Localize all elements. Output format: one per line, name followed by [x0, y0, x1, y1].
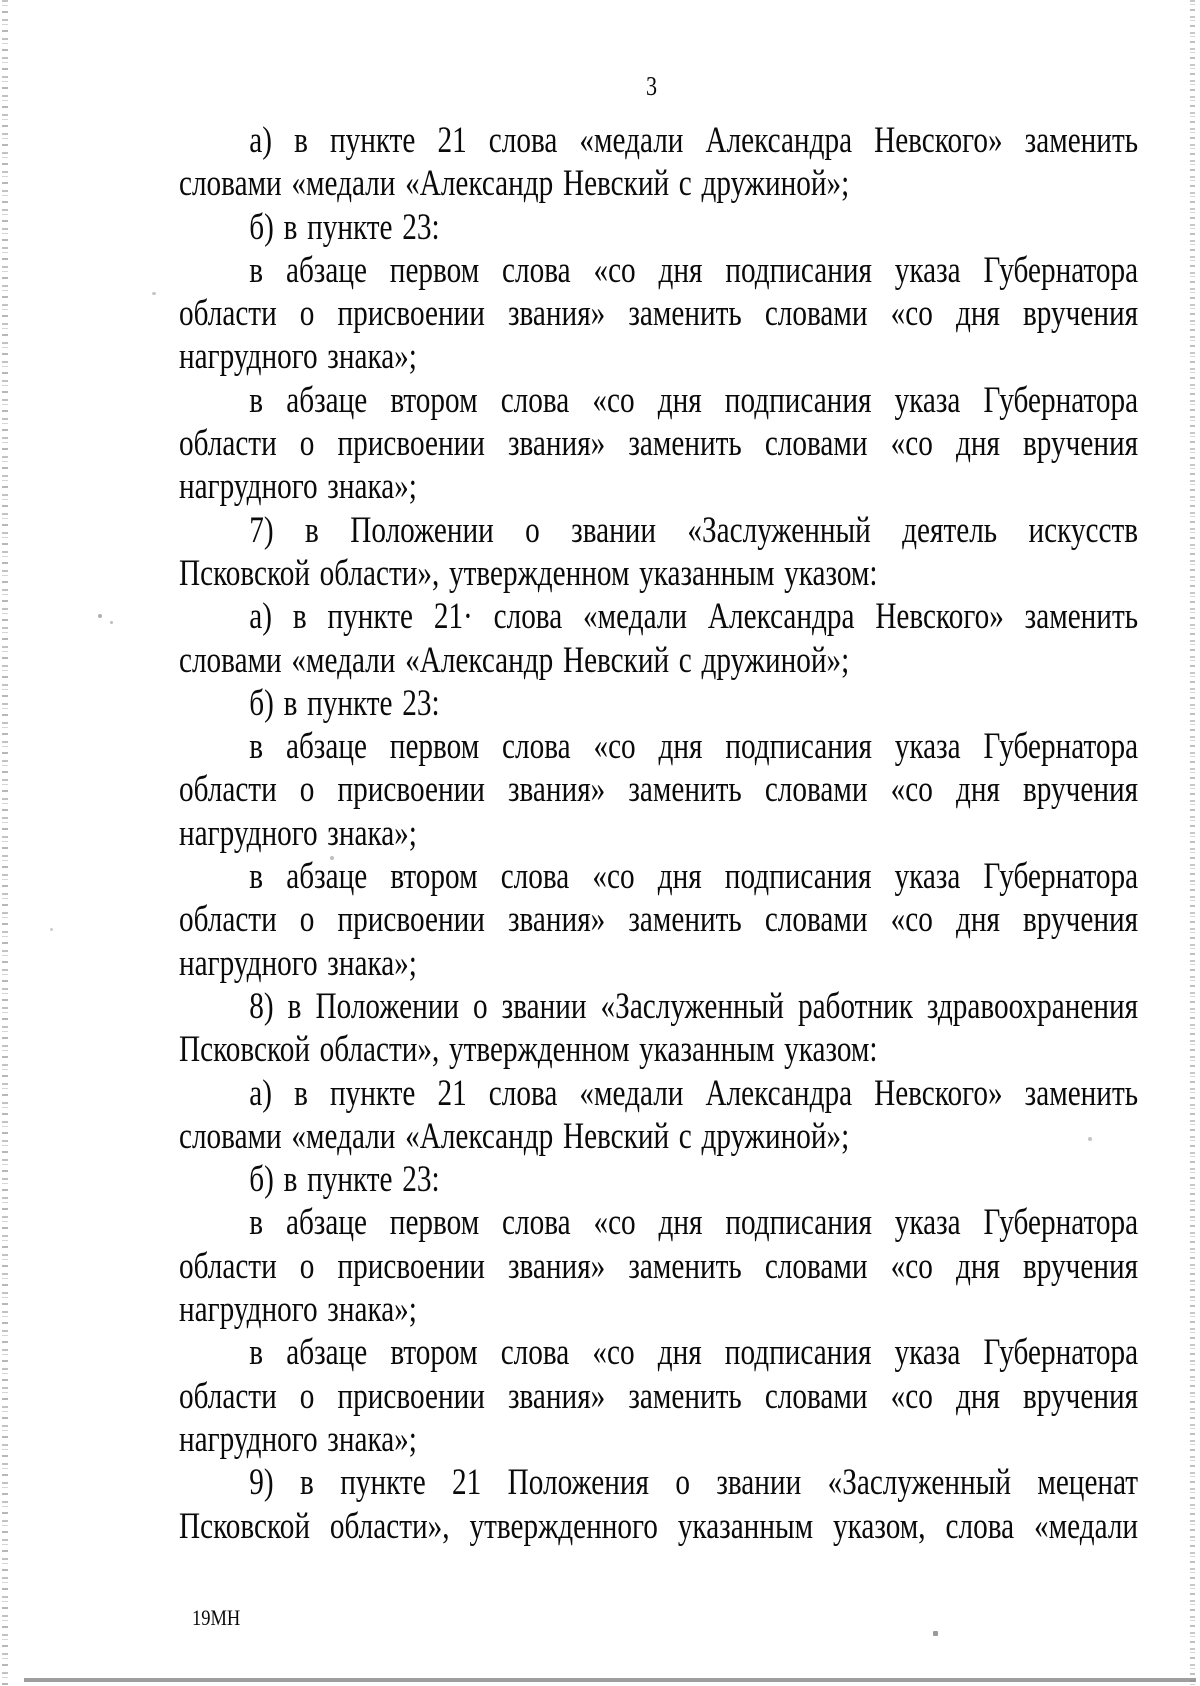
- scan-edge-right-artifact: [1190, 0, 1195, 1686]
- text-line: нагрудного знака»;: [179, 812, 1138, 855]
- document-body: а) в пункте 21 слова «медали Александра …: [179, 119, 1138, 1548]
- text-line: области о присвоении звания» заменить сл…: [179, 1375, 1138, 1418]
- text-line: Псковской области», утвержденного указан…: [179, 1505, 1138, 1548]
- text-line: нагрудного знака»;: [179, 1288, 1138, 1331]
- text-line: нагрудного знака»;: [179, 1418, 1138, 1461]
- text-line: нагрудного знака»;: [179, 335, 1138, 378]
- text-line: словами «медали «Александр Невский с дру…: [179, 639, 1138, 682]
- paragraph: в абзаце первом слова «со дня подписания…: [179, 725, 1138, 855]
- page-number: 3: [646, 72, 657, 102]
- paragraph: б) в пункте 23:: [179, 206, 1138, 249]
- text-line: Псковской области», утвержденном указанн…: [179, 552, 1138, 595]
- text-line: нагрудного знака»;: [179, 465, 1138, 508]
- scan-speck-artifact: [98, 614, 102, 618]
- paragraph: в абзаце втором слова «со дня подписания…: [179, 855, 1138, 985]
- scan-speck-artifact: [152, 292, 156, 295]
- text-line: б) в пункте 23:: [179, 682, 1138, 725]
- scan-speck-artifact: [933, 1631, 938, 1636]
- text-line: в абзаце первом слова «со дня подписания…: [179, 249, 1138, 292]
- text-line: а) в пункте 21 слова «медали Александра …: [179, 1072, 1138, 1115]
- text-line: в абзаце первом слова «со дня подписания…: [179, 1201, 1138, 1244]
- footer-code: 19МН: [192, 1605, 240, 1631]
- scan-speck-artifact: [1088, 1137, 1092, 1141]
- text-line: области о присвоении звания» заменить сл…: [179, 1245, 1138, 1288]
- scan-speck-artifact: [110, 621, 113, 624]
- text-line: а) в пункте 21· слова «медали Александра…: [179, 595, 1138, 638]
- text-line: а) в пункте 21 слова «медали Александра …: [179, 119, 1138, 162]
- scan-speck-artifact: [50, 928, 53, 931]
- paragraph: в абзаце втором слова «со дня подписания…: [179, 379, 1138, 509]
- text-line: словами «медали «Александр Невский с дру…: [179, 1115, 1138, 1158]
- text-line: нагрудного знака»;: [179, 942, 1138, 985]
- text-line: в абзаце втором слова «со дня подписания…: [179, 855, 1138, 898]
- text-line: 9) в пункте 21 Положения о звании «Заслу…: [179, 1461, 1138, 1504]
- text-line: б) в пункте 23:: [179, 206, 1138, 249]
- paragraph: а) в пункте 21 слова «медали Александра …: [179, 1072, 1138, 1159]
- text-line: области о присвоении звания» заменить сл…: [179, 768, 1138, 811]
- paragraph: в абзаце первом слова «со дня подписания…: [179, 249, 1138, 379]
- text-line: словами «медали «Александр Невский с дру…: [179, 162, 1138, 205]
- text-line: области о присвоении звания» заменить сл…: [179, 422, 1138, 465]
- scan-speck-artifact: [330, 856, 334, 860]
- text-line: в абзаце втором слова «со дня подписания…: [179, 1331, 1138, 1374]
- paragraph: а) в пункте 21· слова «медали Александра…: [179, 595, 1138, 682]
- text-line: в абзаце втором слова «со дня подписания…: [179, 379, 1138, 422]
- text-line: 7) в Положении о звании «Заслуженный дея…: [179, 509, 1138, 552]
- paragraph: в абзаце первом слова «со дня подписания…: [179, 1201, 1138, 1331]
- paragraph: 9) в пункте 21 Положения о звании «Заслу…: [179, 1461, 1138, 1548]
- scan-edge-left-artifact: [2, 0, 8, 1686]
- paragraph: б) в пункте 23:: [179, 682, 1138, 725]
- text-line: области о присвоении звания» заменить сл…: [179, 898, 1138, 941]
- text-line: 8) в Положении о звании «Заслуженный раб…: [179, 985, 1138, 1028]
- text-line: б) в пункте 23:: [179, 1158, 1138, 1201]
- paragraph: б) в пункте 23:: [179, 1158, 1138, 1201]
- paragraph: 8) в Положении о звании «Заслуженный раб…: [179, 985, 1138, 1072]
- text-line: Псковской области», утвержденном указанн…: [179, 1028, 1138, 1071]
- scan-edge-bottom-line: [24, 1678, 1196, 1682]
- text-line: области о присвоении звания» заменить сл…: [179, 292, 1138, 335]
- scanned-document-page: 3 а) в пункте 21 слова «медали Александр…: [0, 0, 1200, 1686]
- text-line: в абзаце первом слова «со дня подписания…: [179, 725, 1138, 768]
- paragraph: в абзаце втором слова «со дня подписания…: [179, 1331, 1138, 1461]
- paragraph: а) в пункте 21 слова «медали Александра …: [179, 119, 1138, 206]
- paragraph: 7) в Положении о звании «Заслуженный дея…: [179, 509, 1138, 596]
